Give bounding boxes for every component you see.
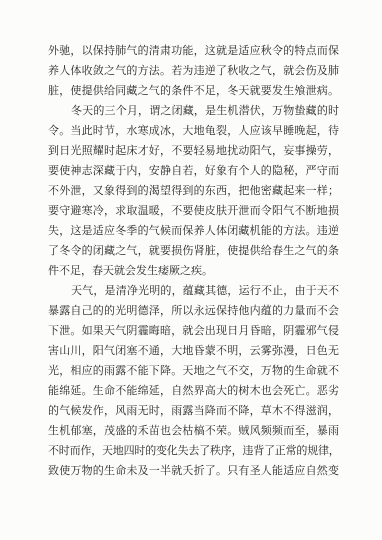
- text-line: 下泄。如果天气阴霾晦暗，就会出现日月昏暗，阴霾邪气侵: [48, 321, 339, 341]
- document-page: 外驰，以保持肺气的清肃功能，这就是适应秋令的特点而保养人体收敛之气的方法。若为违…: [0, 0, 382, 540]
- text-line: 要守避寒冷，求取温暖，不要使皮肤开泄而令阳气不断地损: [48, 201, 339, 221]
- text-line: 的气候发作，风雨无时，雨露当降而不降，草木不得滋润，: [48, 401, 339, 421]
- text-line: 生机郁塞，茂盛的禾苗也会枯槁不荣。贼风频频而至，暴雨: [48, 421, 339, 441]
- text-line: 养人体收敛之气的方法。若为违逆了秋收之气，就会伤及肺: [48, 61, 339, 81]
- text-line: 天气，是清净光明的，蕴藏其德，运行不止，由于天不: [48, 281, 339, 301]
- text-line: 冬天的三个月，谓之闭藏，是生机潜伏，万物蛰藏的时: [48, 101, 339, 121]
- text-line: 暴露自己的的光明德泽，所以永远保持他内蕴的力量而不会: [48, 301, 339, 321]
- text-line: 致使万物的生命未及一半就夭折了。只有圣人能适应自然变: [48, 461, 339, 481]
- text-line: 外驰，以保持肺气的清肃功能，这就是适应秋令的特点而保: [48, 41, 339, 61]
- text-line: 害山川，阳气闭塞不通，大地昏蒙不明，云雾弥漫，日色无: [48, 341, 339, 361]
- text-line: 脏，使提供给同藏之气的条件不足，冬天就要发生飧泄病。: [48, 81, 339, 101]
- text-line: 令。当此时节，水寒成冰，大地龟裂，人应该早睡晚起，待: [48, 121, 339, 141]
- text-line: 要使神志深藏于内，安静自若，好象有个人的隐秘，严守而: [48, 161, 339, 181]
- body-text: 外驰，以保持肺气的清肃功能，这就是适应秋令的特点而保养人体收敛之气的方法。若为违…: [48, 41, 339, 481]
- text-line: 能绵延。生命不能绵延，自然界高大的树木也会死亡。恶劣: [48, 381, 339, 401]
- text-line: 不外泄，又象得到的渴望得到的东西，把他密藏起来一样；: [48, 181, 339, 201]
- text-line: 失，这是适应冬季的气候而保养人体闭藏机能的方法。违逆: [48, 221, 339, 241]
- text-line: 件不足，春天就会发生痿厥之疾。: [48, 261, 339, 281]
- text-line: 不时而作，天地四时的变化失去了秩序，违背了正常的规律，: [48, 441, 339, 461]
- text-line: 了冬令的闭藏之气，就要损伤肾脏，使提供给春生之气的条: [48, 241, 339, 261]
- text-line: 到日光照耀时起床才好，不要轻易地扰动阳气，妄事操劳，: [48, 141, 339, 161]
- text-line: 光，相应的雨露不能下降。天地之气不交，万物的生命就不: [48, 361, 339, 381]
